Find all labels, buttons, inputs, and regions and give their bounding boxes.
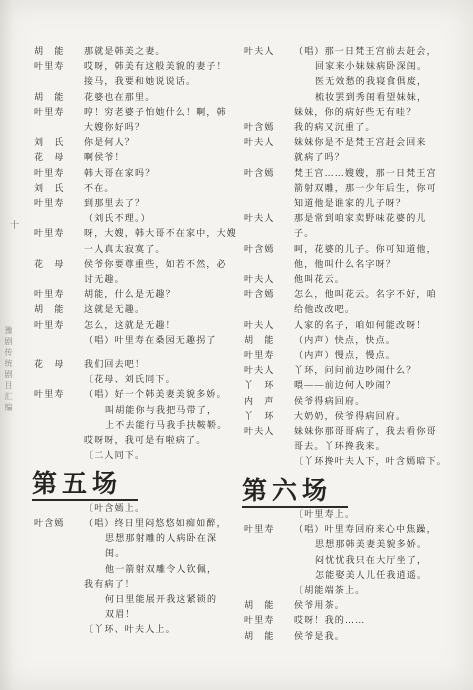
dialogue-line: 哥去。丫环搀我来。 — [294, 439, 454, 454]
dialogue-line: （唱）终日里闷悠悠如痴如醉， — [84, 516, 238, 531]
dialogue-line: 不在。 — [84, 181, 238, 196]
dialogue-line: 双眉！ — [84, 607, 238, 622]
dialogue-lines: （唱）终日里闷悠悠如痴如醉，思想那射雕的人病卧在深闺。他一箭射双雕令人钦佩，我有… — [84, 516, 238, 622]
dialogue-line: 那是常到咱家卖野味花婆的儿 — [294, 211, 454, 226]
dialogue-line: 闷忧忧我只在大厅坐了， — [294, 553, 454, 568]
dialogue-entry: 叶里寿韩大哥在家吗？ — [34, 166, 238, 181]
stage-direction: 〔叶含嫣上。 — [84, 501, 238, 516]
script-column-right: 叶夫人（唱）那一日梵王宫前去赶会，回家来小妹妹病卧深闺。医无效愁的我寝食俱废，梳… — [244, 44, 454, 644]
dialogue-line: （内声）慢点，慢点。 — [294, 348, 454, 363]
dialogue-lines: 侯爷你要尊重些，如若不然，必讨无趣。 — [84, 257, 238, 287]
dialogue-lines: 大奶奶，侯爷得病回府。 — [294, 409, 454, 424]
dialogue-line: 讨无趣。 — [84, 272, 238, 287]
dialogue-line: 接马，我要和她说说话。 — [84, 74, 238, 89]
dialogue-lines: 那就是韩美之妻。 — [84, 44, 238, 59]
dialogue-entry: 丫 环大奶奶，侯爷得病回府。 — [244, 409, 454, 424]
stage-direction-row: 〔丫环搀叶夫人下，叶含嫣暗下。 — [244, 454, 454, 469]
dialogue-lines: 他叫花云。 — [294, 272, 454, 287]
script-column-left: 胡 能那就是韩美之妻。叶里寿哎呀，韩美有这般美貌的妻子！接马，我要和她说说话。胡… — [34, 44, 238, 638]
speaker-name: 胡 能 — [244, 598, 294, 613]
dialogue-line: 怎能娶美人儿任我逍遥。 — [294, 568, 454, 583]
speaker-name: 叶夫人 — [244, 363, 294, 378]
dialogue-line: 花婆也在那里。 — [84, 90, 238, 105]
dialogue-entry: 刘 氏你是何人？ — [34, 135, 238, 150]
dialogue-lines: 侯爷是我。 — [294, 629, 454, 644]
dialogue-line: 叫胡能你与我把马带了， — [84, 403, 238, 418]
dialogue-entry: 胡 能这就是无趣。 — [34, 302, 238, 317]
speaker-name: 叶含嫣 — [244, 242, 294, 257]
speaker-name: 丫 环 — [244, 378, 294, 393]
dialogue-lines: 梵王宫……嫂嫂，那一日梵王宫箭射双雕，那一少年后生，你可知道他是谁家的儿子呀？ — [294, 166, 454, 212]
stage-direction: 〔胡能端茶上。 — [294, 583, 454, 598]
dialogue-entry: 叶里寿（唱）好一个韩美妻美貌多娇。叫胡能你与我把马带了，上不去能行马我手扶鞍鞒。… — [34, 387, 238, 463]
dialogue-entry: 叶含嫣梵王宫……嫂嫂，那一日梵王宫箭射双雕，那一少年后生，你可知道他是谁家的儿子… — [244, 166, 454, 212]
speaker-name: 胡 能 — [34, 302, 84, 317]
dialogue-entry: 叶夫人那是常到咱家卖野味花婆的儿子。 — [244, 211, 454, 241]
dialogue-line: 大奶奶，侯爷得病回府。 — [294, 409, 454, 424]
speaker-name: 刘 氏 — [34, 135, 84, 150]
spacer — [34, 348, 238, 357]
dialogue-line: 给他改改吧。 — [294, 302, 454, 317]
dialogue-entry: 叶里寿哎呀，韩美有这般美貌的妻子！接马，我要和她说说话。 — [34, 59, 238, 89]
stage-direction: 〔叶里寿上。 — [294, 507, 454, 522]
dialogue-entry: 胡 能侯爷用茶。 — [244, 598, 454, 613]
dialogue-entry: 叶夫人（唱）那一日梵王宫前去赶会，回家来小妹妹病卧深闺。医无效愁的我寝食俱废，梳… — [244, 44, 454, 120]
dialogue-line: 胡能，什么是无趣？ — [84, 287, 238, 302]
speaker-name: 叶含嫣 — [244, 166, 294, 181]
dialogue-line: 这就是无趣。 — [84, 302, 238, 317]
stage-direction-row: 〔叶里寿上。 — [244, 507, 454, 522]
dialogue-line: 大嫂你好吗？ — [84, 120, 238, 135]
dialogue-line: 知道他是谁家的儿子呀？ — [294, 196, 454, 211]
dialogue-entry: 叶里寿哎呀！我的…… — [244, 613, 454, 628]
dialogue-entry: 刘 氏不在。 — [34, 181, 238, 196]
dialogue-line: （唱）叶里寿回府来心中焦躁， — [294, 522, 454, 537]
dialogue-entry: 内 声侯爷得病回府。 — [244, 394, 454, 409]
dialogue-entry: 花 母啊侯爷！ — [34, 150, 238, 165]
speaker-name: 叶夫人 — [244, 44, 294, 59]
dialogue-line: 梳妆罢到秀闺看望妹妹， — [294, 90, 454, 105]
dialogue-line: 侯爷是我。 — [294, 629, 454, 644]
dialogue-line: 闺。 — [84, 546, 238, 561]
dialogue-line: 呵，花婆的儿子。你可知道他， — [294, 242, 454, 257]
dialogue-entry: 胡 能那就是韩美之妻。 — [34, 44, 238, 59]
speaker-name: 胡 能 — [244, 629, 294, 644]
dialogue-line: 哎呀！我的…… — [294, 613, 454, 628]
dialogue-entry: 花 母我们回去吧！〔花母、刘氏同下。 — [34, 357, 238, 387]
dialogue-line: 就病了吗？ — [294, 150, 454, 165]
dialogue-lines: 这就是无趣。 — [84, 302, 238, 317]
dialogue-lines: 妹妹你是不是梵王宫赶会回来就病了吗？ — [294, 135, 454, 165]
dialogue-line: 那就是韩美之妻。 — [84, 44, 238, 59]
speaker-name: 花 母 — [34, 150, 84, 165]
speaker-name: 叶里寿 — [34, 59, 84, 74]
dialogue-line: 喂——前边何人吵闹？ — [294, 378, 454, 393]
dialogue-lines: 哎呀，韩美有这般美貌的妻子！接马，我要和她说说话。 — [84, 59, 238, 89]
dialogue-entry: 叶含嫣我的病又沉重了。 — [244, 120, 454, 135]
dialogue-lines: 韩大哥在家吗？ — [84, 166, 238, 181]
stage-direction: 〔丫环、叶夫人上。 — [84, 622, 238, 637]
dialogue-line: 我有病了！ — [84, 577, 238, 592]
speaker-name: 叶含嫣 — [244, 120, 294, 135]
dialogue-lines: 〔叶里寿上。 — [294, 507, 454, 522]
dialogue-entry: 丫 环喂——前边何人吵闹？ — [244, 378, 454, 393]
dialogue-lines: 胡能，什么是无趣？ — [84, 287, 238, 302]
dialogue-line: 箭射双雕，那一少年后生，你可 — [294, 181, 454, 196]
speaker-name: 叶含嫣 — [244, 287, 294, 302]
dialogue-line: 梵王宫……嫂嫂，那一日梵王宫 — [294, 166, 454, 181]
speaker-name: 叶里寿 — [34, 226, 84, 241]
dialogue-line: 人家的名子，咱如何能改呀！ — [294, 318, 454, 333]
dialogue-lines: 我的病又沉重了。 — [294, 120, 454, 135]
dialogue-line: 啊侯爷！ — [84, 150, 238, 165]
speaker-name: 花 母 — [34, 357, 84, 372]
dialogue-line: 哎呀呀，我可是有啦病了。 — [84, 433, 238, 448]
dialogue-line: 韩大哥在家吗？ — [84, 166, 238, 181]
dialogue-lines: 我们回去吧！〔花母、刘氏同下。 — [84, 357, 238, 387]
scene-heading: 第五场 — [32, 476, 238, 491]
speaker-name: 叶夫人 — [244, 211, 294, 226]
dialogue-lines: 呀，大嫂，韩大哥不在家中，大嫂一人真太寂寞了。 — [84, 226, 238, 256]
dialogue-line: 思想那韩美妻美貌多娇。 — [294, 537, 454, 552]
dialogue-line: 到那里去了？ — [84, 196, 238, 211]
dialogue-line: 呀，大嫂，韩大哥不在家中，大嫂 — [84, 226, 238, 241]
scene-heading: 第六场 — [242, 483, 454, 498]
dialogue-lines: 喂——前边何人吵闹？ — [294, 378, 454, 393]
dialogue-lines: 侯爷得病回府。 — [294, 394, 454, 409]
speaker-name: 叶里寿 — [244, 613, 294, 628]
dialogue-line: 他，他叫什么名字呀？ — [294, 257, 454, 272]
stage-direction-row: 〔叶含嫣上。 — [34, 501, 238, 516]
speaker-name: 刘 氏 — [34, 181, 84, 196]
speaker-name: 叶里寿 — [34, 287, 84, 302]
dialogue-entry: 叶里寿到那里去了？（刘氏不理。） — [34, 196, 238, 226]
dialogue-line: 丫环，问问前边吵闹什么？ — [294, 363, 454, 378]
speaker-name: 叶夫人 — [244, 318, 294, 333]
dialogue-entry: 叶里寿哼！穷老婆子怕她什么！啊，韩大嫂你好吗？ — [34, 105, 238, 135]
dialogue-lines: 你是何人？ — [84, 135, 238, 150]
dialogue-line: （唱）叶里寿在桑园无趣拐了 — [84, 333, 238, 348]
dialogue-line: 他叫花云。 — [294, 272, 454, 287]
speaker-name: 胡 能 — [34, 90, 84, 105]
dialogue-line: 一人真太寂寞了。 — [84, 242, 238, 257]
dialogue-line: （内声）快点，快点。 — [294, 333, 454, 348]
speaker-name: 内 声 — [244, 394, 294, 409]
dialogue-lines: 妹妹你那哥哥病了，我去看你哥哥去。丫环搀我来。 — [294, 424, 454, 454]
dialogue-entry: 胡 能侯爷是我。 — [244, 629, 454, 644]
dialogue-lines: 怎么，他叫花云。名字不好，咱给他改改吧。 — [294, 287, 454, 317]
dialogue-line: （唱）那一日梵王宫前去赶会， — [294, 44, 454, 59]
dialogue-line: 侯爷得病回府。 — [294, 394, 454, 409]
dialogue-lines: 哎呀！我的…… — [294, 613, 454, 628]
dialogue-entry: 叶夫人妹妹你那哥哥病了，我去看你哥哥去。丫环搀我来。 — [244, 424, 454, 454]
dialogue-line: 怎么，他叫花云。名字不好，咱 — [294, 287, 454, 302]
speaker-name: 叶里寿 — [34, 166, 84, 181]
dialogue-entry: 胡 能花婆也在那里。 — [34, 90, 238, 105]
speaker-name: 胡 能 — [34, 44, 84, 59]
dialogue-lines: （内声）快点，快点。 — [294, 333, 454, 348]
speaker-name: 叶里寿 — [34, 105, 84, 120]
dialogue-entry: 胡 能（内声）快点，快点。 — [244, 333, 454, 348]
dialogue-entry: 叶夫人人家的名子，咱如何能改呀！ — [244, 318, 454, 333]
dialogue-entry: 叶里寿（唱）叶里寿回府来心中焦躁，思想那韩美妻美貌多娇。闷忧忧我只在大厅坐了，怎… — [244, 522, 454, 598]
dialogue-entry: 叶含嫣（唱）终日里闷悠悠如痴如醉，思想那射雕的人病卧在深闺。他一箭射双雕令人钦佩… — [34, 516, 238, 622]
stage-direction: 〔花母、刘氏同下。 — [84, 372, 238, 387]
dialogue-line: 医无效愁的我寝食俱废， — [294, 74, 454, 89]
speaker-name: 叶里寿 — [34, 387, 84, 402]
dialogue-line: （唱）好一个韩美妻美貌多娇。 — [84, 387, 238, 402]
speaker-name: 花 母 — [34, 257, 84, 272]
dialogue-entry: 叶含嫣怎么，他叫花云。名字不好，咱给他改改吧。 — [244, 287, 454, 317]
dialogue-line: 妹妹，你的病好些无有哇？ — [294, 105, 454, 120]
speaker-name: 叶夫人 — [244, 135, 294, 150]
dialogue-entry: 叶里寿（内声）慢点，慢点。 — [244, 348, 454, 363]
dialogue-line: 上不去能行马我手扶鞍鞒。 — [84, 418, 238, 433]
dialogue-lines: 人家的名子，咱如何能改呀！ — [294, 318, 454, 333]
dialogue-line: 怎么，这就是无趣！ — [84, 318, 238, 333]
dialogue-lines: （唱）叶里寿回府来心中焦躁，思想那韩美妻美貌多娇。闷忧忧我只在大厅坐了，怎能娶美… — [294, 522, 454, 598]
speaker-name: 叶里寿 — [34, 196, 84, 211]
dialogue-lines: 花婆也在那里。 — [84, 90, 238, 105]
speaker-name: 叶夫人 — [244, 272, 294, 287]
dialogue-line: 侯爷你要尊重些，如若不然，必 — [84, 257, 238, 272]
dialogue-lines: 〔叶含嫣上。 — [84, 501, 238, 516]
dialogue-lines: （唱）那一日梵王宫前去赶会，回家来小妹妹病卧深闺。医无效愁的我寝食俱废，梳妆罢到… — [294, 44, 454, 120]
stage-direction: （刘氏不理。） — [84, 211, 238, 226]
spine-text: 豫剧传统剧目汇编 — [3, 326, 14, 414]
dialogue-entry: 花 母侯爷你要尊重些，如若不然，必讨无趣。 — [34, 257, 238, 287]
dialogue-lines: 侯爷用茶。 — [294, 598, 454, 613]
dialogue-lines: 怎么，这就是无趣！（唱）叶里寿在桑园无趣拐了 — [84, 318, 238, 348]
dialogue-lines: （唱）好一个韩美妻美貌多娇。叫胡能你与我把马带了，上不去能行马我手扶鞍鞒。哎呀呀… — [84, 387, 238, 463]
dialogue-lines: 呵，花婆的儿子。你可知道他，他，他叫什么名字呀？ — [294, 242, 454, 272]
speaker-name: 叶里寿 — [34, 318, 84, 333]
stage-direction-row: 〔丫环、叶夫人上。 — [34, 622, 238, 637]
speaker-name: 丫 环 — [244, 409, 294, 424]
speaker-name: 叶里寿 — [244, 348, 294, 363]
dialogue-lines: 丫环，问问前边吵闹什么？ — [294, 363, 454, 378]
stage-direction: 〔丫环搀叶夫人下，叶含嫣暗下。 — [294, 454, 454, 469]
scene-heading-text: 第六场 — [242, 476, 348, 508]
dialogue-lines: 啊侯爷！ — [84, 150, 238, 165]
dialogue-line: 妹妹你是不是梵王宫赶会回来 — [294, 135, 454, 150]
dialogue-line: 哎呀，韩美有这般美貌的妻子！ — [84, 59, 238, 74]
dialogue-lines: 那是常到咱家卖野味花婆的儿子。 — [294, 211, 454, 241]
margin-folio-mark: 十 — [10, 218, 19, 231]
dialogue-line: 子。 — [294, 226, 454, 241]
speaker-name: 叶夫人 — [244, 424, 294, 439]
scene-heading-text: 第五场 — [32, 469, 138, 501]
dialogue-lines: 不在。 — [84, 181, 238, 196]
dialogue-lines: 〔丫环搀叶夫人下，叶含嫣暗下。 — [294, 454, 454, 469]
script-page: 十 豫剧传统剧目汇编 胡 能那就是韩美之妻。叶里寿哎呀，韩美有这般美貌的妻子！接… — [0, 0, 473, 690]
dialogue-entry: 叶里寿呀，大嫂，韩大哥不在家中，大嫂一人真太寂寞了。 — [34, 226, 238, 256]
speaker-name: 胡 能 — [244, 333, 294, 348]
speaker-name: 叶含嫣 — [34, 516, 84, 531]
dialogue-entry: 叶夫人妹妹你是不是梵王宫赶会回来就病了吗？ — [244, 135, 454, 165]
dialogue-line: 你是何人？ — [84, 135, 238, 150]
dialogue-lines: 哼！穷老婆子怕她什么！啊，韩大嫂你好吗？ — [84, 105, 238, 135]
dialogue-lines: 到那里去了？（刘氏不理。） — [84, 196, 238, 226]
dialogue-line: 哼！穷老婆子怕她什么！啊，韩 — [84, 105, 238, 120]
dialogue-line: 思想那射雕的人病卧在深 — [84, 531, 238, 546]
dialogue-entry: 叶里寿胡能，什么是无趣？ — [34, 287, 238, 302]
dialogue-entry: 叶含嫣呵，花婆的儿子。你可知道他，他，他叫什么名字呀？ — [244, 242, 454, 272]
dialogue-entry: 叶夫人丫环，问问前边吵闹什么？ — [244, 363, 454, 378]
stage-direction: 〔二人同下。 — [84, 448, 238, 463]
dialogue-line: 妹妹你那哥哥病了，我去看你哥 — [294, 424, 454, 439]
dialogue-line: 我们回去吧！ — [84, 357, 238, 372]
speaker-name: 叶里寿 — [244, 522, 294, 537]
dialogue-line: 回家来小妹妹病卧深闺。 — [294, 59, 454, 74]
dialogue-lines: 〔丫环、叶夫人上。 — [84, 622, 238, 637]
dialogue-line: 我的病又沉重了。 — [294, 120, 454, 135]
dialogue-entry: 叶里寿怎么，这就是无趣！（唱）叶里寿在桑园无趣拐了 — [34, 318, 238, 348]
dialogue-entry: 叶夫人他叫花云。 — [244, 272, 454, 287]
dialogue-line: 侯爷用茶。 — [294, 598, 454, 613]
dialogue-lines: （内声）慢点，慢点。 — [294, 348, 454, 363]
dialogue-line: 何日里能展开我这紧锁的 — [84, 592, 238, 607]
dialogue-line: 他一箭射双雕令人钦佩， — [84, 562, 238, 577]
